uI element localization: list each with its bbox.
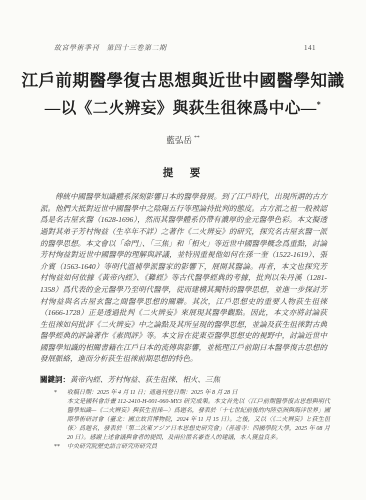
footnote-2: ** 中央研究院歷史語言研究所研究員: [54, 443, 330, 452]
article-subtitle-text: —以《二火辨妄》與荻生徂徠爲中心—: [45, 100, 317, 117]
footnote-2-text: 中央研究院歷史語言研究所研究員: [67, 443, 330, 452]
abstract-text: 傳統中國醫學知識體系深刻影響日本的醫學發展。到了江戶時代，出現所謂的古方派。他們…: [40, 191, 327, 365]
footnote-2-marker: **: [54, 443, 67, 452]
footnote-1: * 收稿日期：2025 年 4 月 11 日；通過刊登日期：2025 年 8 月…: [54, 389, 330, 443]
abstract-heading: 提 要: [0, 165, 366, 180]
author-line: 藍弘岳 **: [0, 134, 366, 146]
footnote-1-date-line: 收稿日期：2025 年 4 月 11 日；通過刊登日期：2025 年 8 月 2…: [67, 389, 330, 398]
paper-page: 故宮學術季刊 第四十三卷第二期 141 江戶前期醫學復古思想與近世中國醫學知識 …: [0, 0, 366, 500]
author-name: 藍弘岳: [166, 135, 192, 145]
keywords-list: 黃帝內經、芳村恂益、荻生徂徠、相火、三焦: [70, 375, 220, 384]
article-title-line-2: —以《二火辨妄》與荻生徂徠爲中心—*: [0, 93, 366, 121]
footnotes-section: * 收稿日期：2025 年 4 月 11 日；通過刊登日期：2025 年 8 月…: [54, 389, 330, 452]
article-title-line-1: 江戶前期醫學復古思想與近世中國醫學知識: [0, 69, 366, 93]
footnote-1-body: 收稿日期：2025 年 4 月 11 日；通過刊登日期：2025 年 8 月 2…: [67, 389, 330, 443]
keywords-label: 關鍵詞：: [40, 375, 70, 384]
article-title: 江戶前期醫學復古思想與近世中國醫學知識 —以《二火辨妄》與荻生徂徠爲中心—*: [0, 69, 366, 121]
title-footnote-marker: *: [317, 100, 322, 109]
footnote-1-marker: *: [54, 389, 67, 398]
journal-title: 故宮學術季刊 第四十三卷第二期: [54, 43, 167, 53]
author-footnote-marker: **: [194, 135, 200, 141]
running-head: 故宮學術季刊 第四十三卷第二期 141: [0, 0, 366, 53]
footnote-1-text: 本文是國科會計畫 112-2410-H-001-060-MY3 研究成果。本文首…: [67, 398, 330, 443]
keywords-line: 關鍵詞：黃帝內經、芳村恂益、荻生徂徠、相火、三焦: [40, 374, 327, 385]
page-number: 141: [304, 44, 316, 52]
